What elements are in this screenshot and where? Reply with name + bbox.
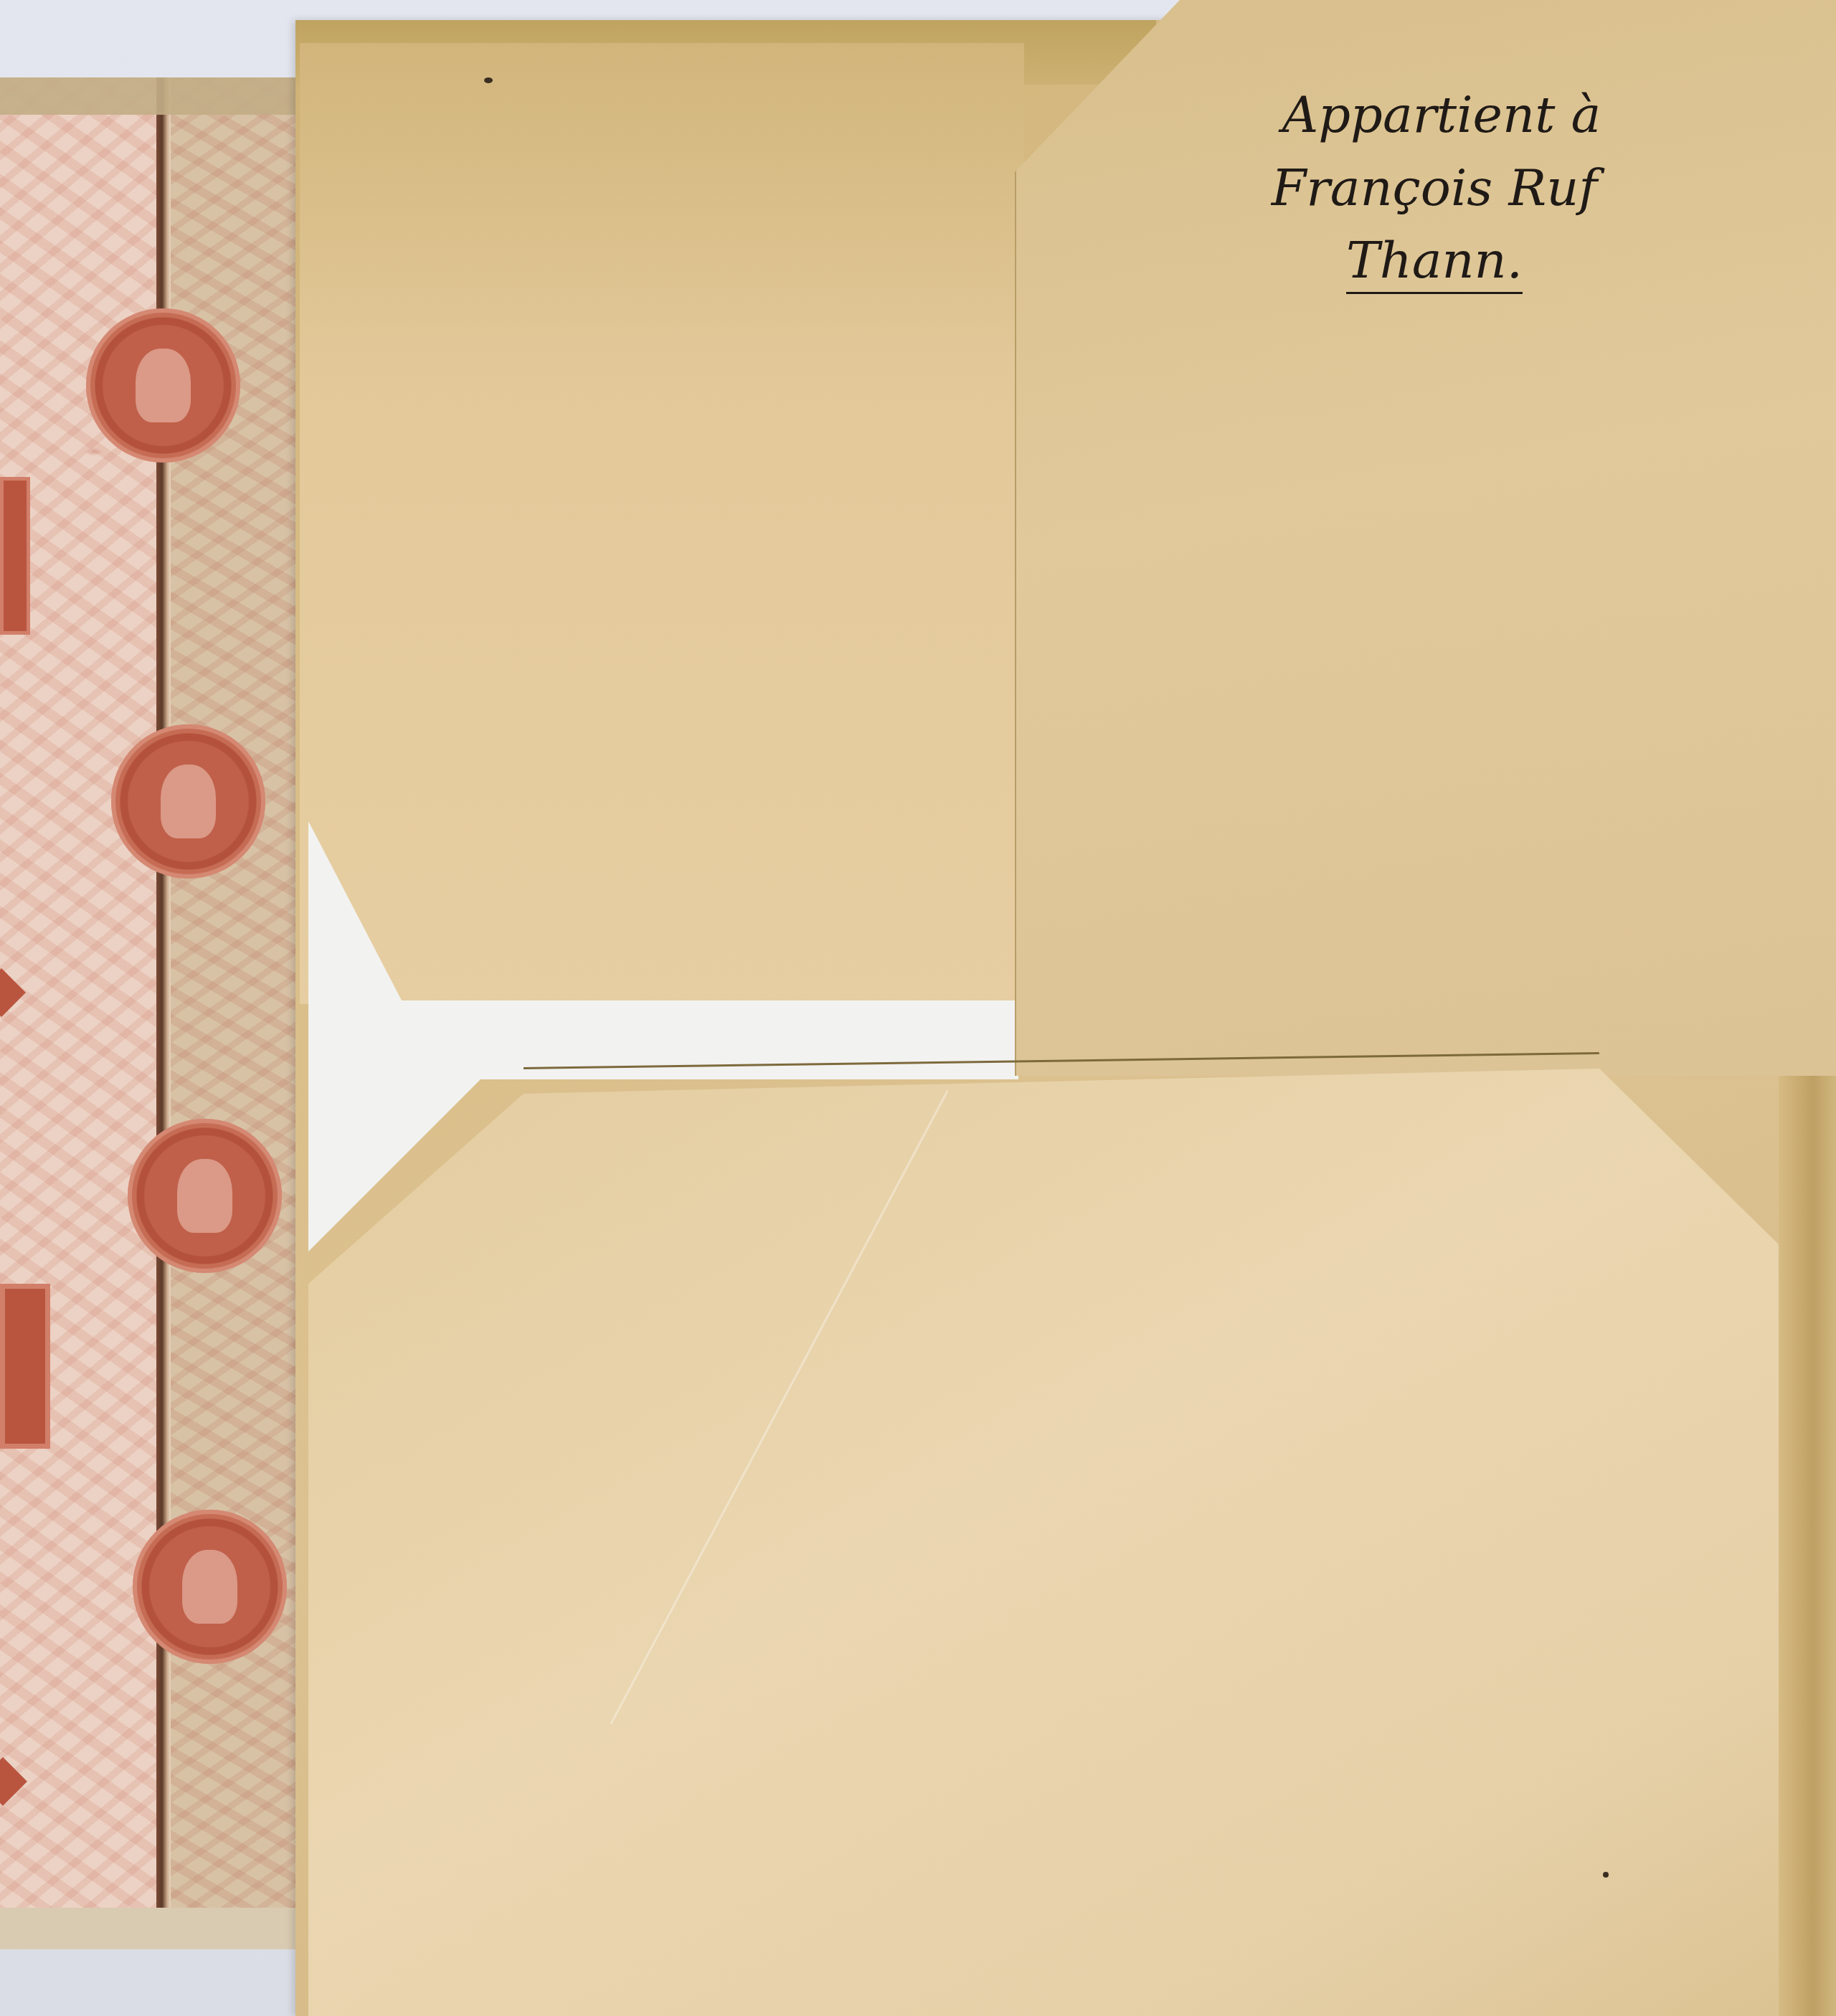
medallion-icon bbox=[111, 724, 265, 879]
inscription-line-2: François Ruf bbox=[1234, 152, 1635, 225]
toile-top-band bbox=[0, 77, 312, 115]
ink-speck bbox=[484, 77, 493, 83]
ink-speck bbox=[1603, 1872, 1609, 1878]
medallion-icon bbox=[86, 308, 240, 463]
plaque-ornament bbox=[0, 477, 30, 635]
folder-left-flap[interactable] bbox=[300, 43, 1024, 1004]
medallion-icon bbox=[133, 1510, 287, 1664]
folder-bottom-flap[interactable] bbox=[308, 1069, 1786, 2016]
handwritten-inscription: Appartient à François Ruf Thann. bbox=[1234, 79, 1635, 298]
inscription-line-1: Appartient à bbox=[1241, 79, 1642, 152]
toile-bottom-band bbox=[0, 1908, 312, 1949]
plaque-ornament bbox=[0, 1284, 50, 1449]
inscription-line-3: Thann. bbox=[1234, 224, 1635, 298]
medallion-icon bbox=[128, 1119, 282, 1273]
